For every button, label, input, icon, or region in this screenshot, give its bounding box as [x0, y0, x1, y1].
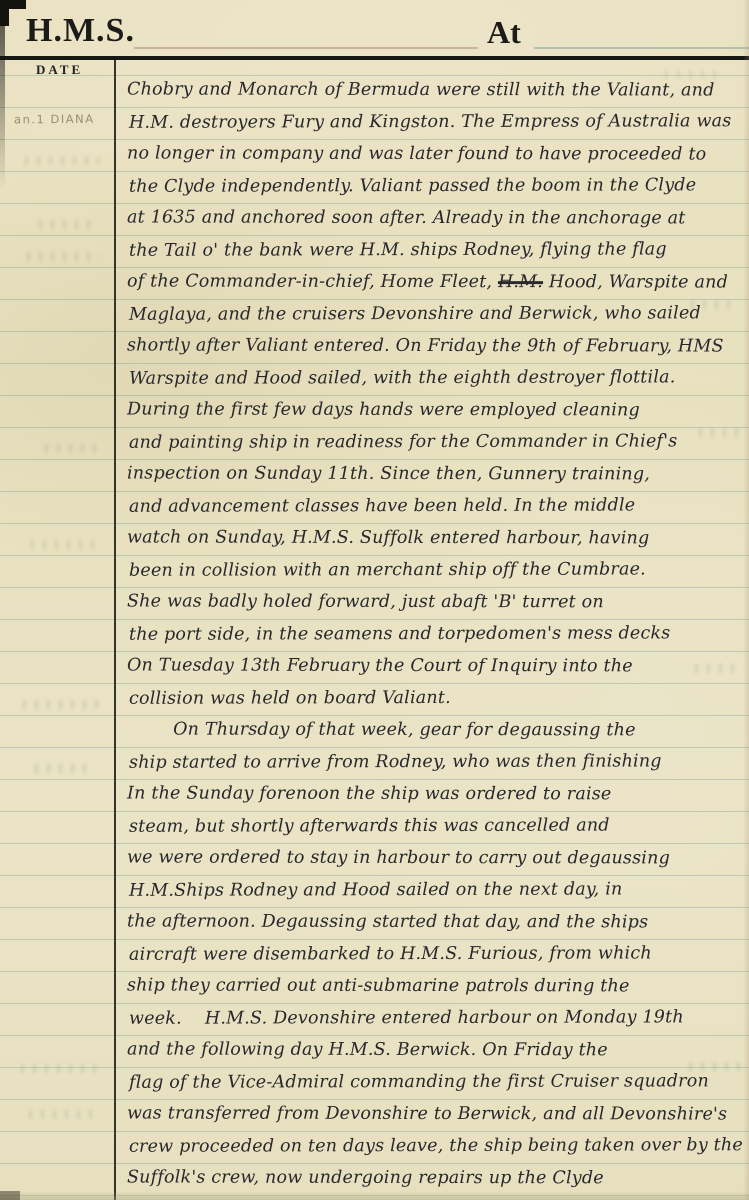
ship-name-blank-field [134, 47, 478, 49]
log-line: H.M.Ships Rodney and Hood sailed on the … [129, 874, 747, 908]
logbook-page: H.M.S. At DATE an.1 DIANA Chobry and Mon… [0, 0, 749, 1200]
hms-printed-label: H.M.S. [26, 12, 135, 50]
showthrough-mark [660, 70, 718, 79]
showthrough-mark [34, 220, 96, 229]
log-line: steam, but shortly afterwards this was c… [129, 810, 747, 844]
log-line: shortly after Valiant entered. On Friday… [127, 330, 745, 363]
log-line: watch on Sunday, H.M.S. Suffolk entered … [127, 522, 745, 555]
showthrough-mark [16, 1064, 102, 1073]
log-line: Warspite and Hood sailed, with the eight… [129, 362, 747, 396]
log-line: Maglaya, and the cruisers Devonshire and… [129, 298, 747, 332]
log-line: flag of the Vice-Admiral commanding the … [129, 1066, 747, 1100]
handwritten-log-entry: Chobry and Monarch of Bermuda were still… [127, 75, 745, 1195]
scan-edge-shadow [0, 1191, 749, 1200]
log-line: the port side, in the seamens and torped… [129, 618, 747, 652]
log-line: and the following day H.M.S. Berwick. On… [127, 1034, 745, 1067]
log-line: In the Sunday forenoon the ship was orde… [127, 778, 745, 811]
scan-corner-mark [0, 1191, 20, 1200]
date-column-header: DATE [36, 62, 83, 78]
log-line: been in collision with an merchant ship … [129, 554, 747, 588]
showthrough-mark [684, 1062, 742, 1071]
log-line: On Tuesday 13th February the Court of In… [127, 650, 745, 683]
log-line: of the Commander-in-chief, Home Fleet, H… [127, 266, 745, 299]
date-column-divider [114, 60, 116, 1200]
log-line: the afternoon. Degaussing started that d… [127, 906, 745, 939]
log-line: collision was held on board Valiant. [129, 682, 747, 716]
at-printed-label: At [487, 14, 521, 51]
pencil-margin-note: an.1 DIANA [14, 112, 112, 127]
log-line: we were ordered to stay in harbour to ca… [127, 842, 745, 875]
log-line: She was badly holed forward, just abaft … [127, 586, 745, 619]
log-line: During the first few days hands were emp… [127, 394, 745, 427]
header-divider-rule [0, 56, 749, 60]
log-line: the Clyde independently. Valiant passed … [129, 170, 747, 204]
showthrough-mark [22, 252, 100, 261]
showthrough-mark [24, 1110, 94, 1119]
log-line: On Thursday of that week, gear for degau… [127, 714, 745, 747]
scan-edge-shadow [0, 0, 5, 190]
showthrough-mark [20, 156, 100, 165]
log-line: the Tail o' the bank were H.M. ships Rod… [129, 234, 747, 268]
showthrough-mark [686, 300, 740, 309]
showthrough-mark [690, 664, 742, 673]
log-line: ship they carried out anti-submarine pat… [127, 970, 745, 1003]
showthrough-mark [30, 764, 94, 773]
log-line: Chobry and Monarch of Bermuda were still… [127, 74, 745, 107]
log-line: crew proceeded on ten days leave, the sh… [129, 1130, 747, 1164]
log-line: ship started to arrive from Rodney, who … [129, 746, 747, 780]
log-line: aircraft were disembarked to H.M.S. Furi… [129, 938, 747, 972]
log-line: inspection on Sunday 11th. Since then, G… [127, 458, 745, 491]
log-line: and painting ship in readiness for the C… [129, 426, 747, 460]
showthrough-mark [18, 700, 102, 709]
location-blank-field [534, 47, 749, 49]
log-line: H.M. destroyers Fury and Kingston. The E… [129, 106, 747, 140]
scan-edge-shadow [743, 0, 749, 1200]
showthrough-mark [40, 444, 98, 453]
log-line: at 1635 and anchored soon after. Already… [127, 202, 745, 235]
log-line: and advancement classes have been held. … [129, 490, 747, 524]
log-line: was transferred from Devonshire to Berwi… [127, 1098, 745, 1131]
log-line: week. H.M.S. Devonshire entered harbour … [129, 1002, 747, 1036]
log-line: no longer in company and was later found… [127, 138, 745, 171]
showthrough-mark [694, 428, 742, 437]
showthrough-mark [26, 540, 98, 549]
